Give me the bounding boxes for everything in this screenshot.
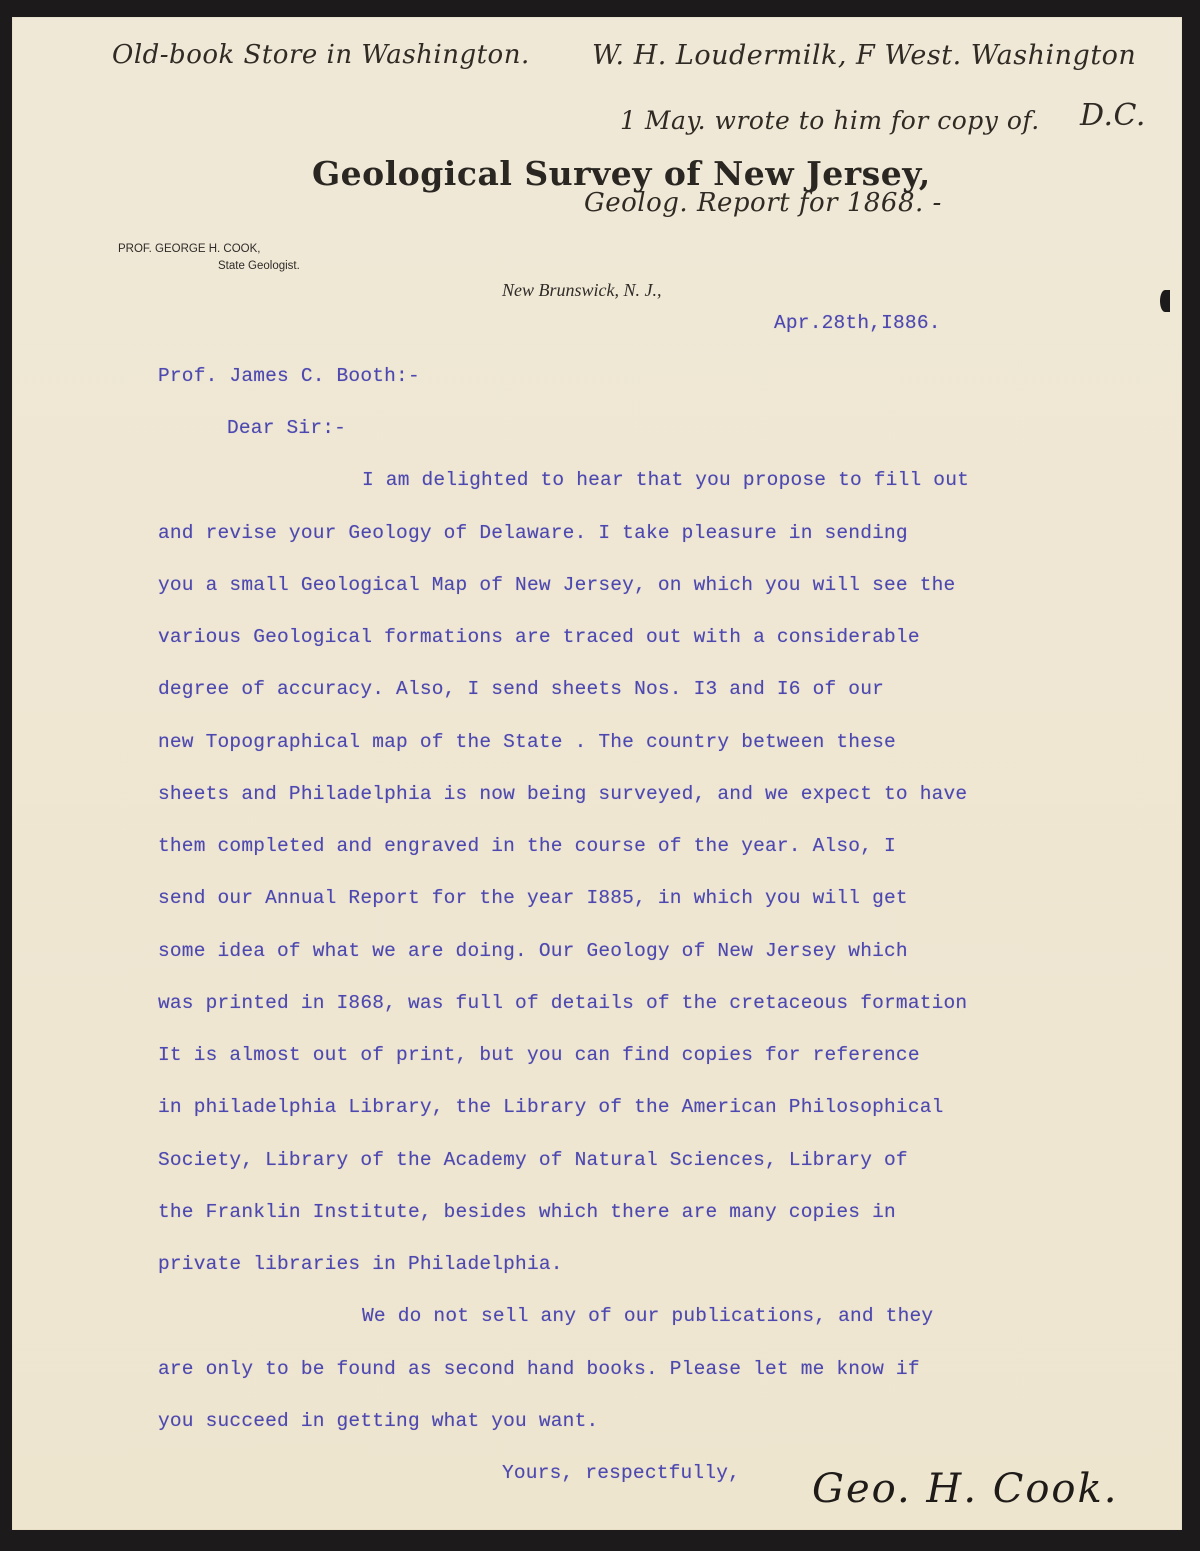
body-line: you succeed in getting what you want.: [158, 1410, 598, 1432]
signature: Geo. H. Cook.: [812, 1466, 1118, 1512]
body-line: the Franklin Institute, besides which th…: [158, 1201, 896, 1223]
body-line: was printed in I868, was full of details…: [158, 992, 967, 1014]
annotation-dc: D.C.: [1080, 98, 1146, 133]
letter-date: Apr.28th,I886.: [774, 312, 941, 334]
body-line: in philadelphia Library, the Library of …: [158, 1096, 944, 1118]
body-line: send our Annual Report for the year I885…: [158, 887, 908, 909]
sender-name: PROF. GEORGE H. COOK,: [118, 243, 261, 255]
annotation-bookstore: Old-book Store in Washington.: [112, 40, 530, 70]
letter-salutation: Dear Sir:-: [227, 417, 346, 439]
body-line: new Topographical map of the State . The…: [158, 731, 896, 753]
sender-title: State Geologist.: [218, 260, 300, 272]
body-line: private libraries in Philadelphia.: [158, 1253, 563, 1275]
annotation-wrote: 1 May. wrote to him for copy of.: [620, 106, 1040, 135]
paper-tear: [1160, 290, 1170, 312]
body-line: I am delighted to hear that you propose …: [362, 469, 969, 491]
letter-closing: Yours, respectfully,: [502, 1462, 740, 1484]
body-line: degree of accuracy. Also, I send sheets …: [158, 678, 884, 700]
body-line: We do not sell any of our publications, …: [362, 1305, 933, 1327]
body-line: some idea of what we are doing. Our Geol…: [158, 940, 908, 962]
body-line: sheets and Philadelphia is now being sur…: [158, 783, 967, 805]
body-line: you a small Geological Map of New Jersey…: [158, 574, 955, 596]
body-line: them completed and engraved in the cours…: [158, 835, 896, 857]
body-line: are only to be found as second hand book…: [158, 1358, 920, 1380]
body-line: various Geological formations are traced…: [158, 626, 920, 648]
annotation-address: W. H. Loudermilk, F West. Washington: [592, 40, 1136, 71]
place-line: New Brunswick, N. J.,: [502, 280, 662, 301]
body-line: Society, Library of the Academy of Natur…: [158, 1149, 908, 1171]
body-line: It is almost out of print, but you can f…: [158, 1044, 920, 1066]
letterhead-title: Geological Survey of New Jersey,: [312, 154, 931, 193]
letter-recipient: Prof. James C. Booth:-: [158, 365, 420, 387]
body-line: and revise your Geology of Delaware. I t…: [158, 522, 908, 544]
